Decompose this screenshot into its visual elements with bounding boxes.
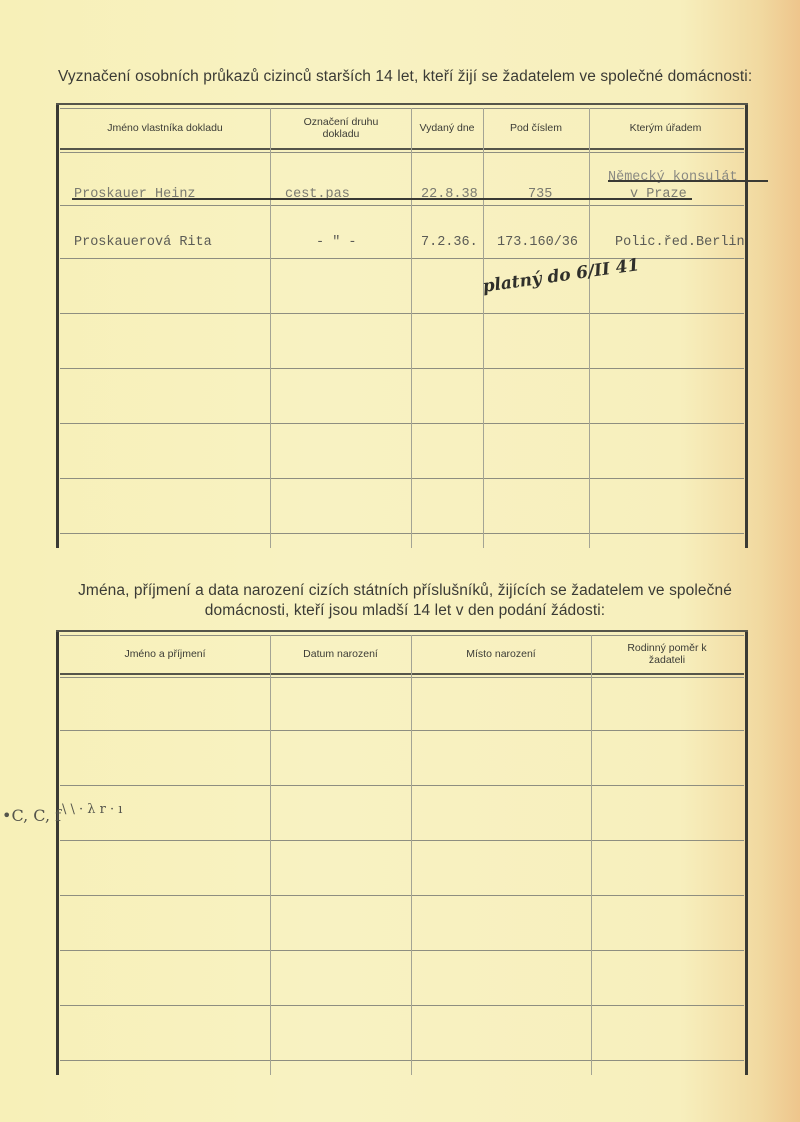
table1-col-divider (270, 108, 271, 548)
table1-col-divider (483, 108, 484, 548)
table1-row-line (60, 423, 744, 424)
table2-col-divider (270, 635, 271, 1075)
table2-top-border (56, 630, 748, 632)
section2-heading-line2: domácnosti, kteří jsou mladší 14 let v d… (50, 602, 760, 620)
table1-row-line (60, 533, 744, 534)
margin-marks: •C, C, f (2, 806, 61, 825)
section1-heading: Vyznačení osobních průkazů cizinců starš… (58, 68, 778, 86)
column-header-birth-place: Místo narození (411, 635, 591, 673)
row2-authority: Polic.řed.Berlin (615, 235, 745, 250)
table2-row-line (60, 1005, 744, 1006)
column-header-full-name: Jméno a příjmení (60, 635, 270, 673)
row1-authority-strike-line (608, 180, 768, 182)
table2-row-line (60, 1060, 744, 1061)
table1-col-divider (411, 108, 412, 548)
table1-row-line (60, 313, 744, 314)
column-header-issued-date: Vydaný dne (411, 108, 483, 148)
column-header-number: Pod číslem (483, 108, 589, 148)
table2-col-divider (411, 635, 412, 1075)
table1-col-divider (589, 108, 590, 548)
table2-row-line (60, 950, 744, 951)
table1-row-line (60, 205, 744, 206)
table2-frame (56, 630, 748, 1075)
table2-row-line (60, 785, 744, 786)
row2-issued-date: 7.2.36. (421, 235, 478, 250)
table1-header-divider (60, 148, 744, 150)
table2-header-divider (60, 673, 744, 675)
table2-col-divider (591, 635, 592, 1075)
table1-row-line (60, 258, 744, 259)
table2-header-divider-2 (60, 677, 744, 678)
row1-strike-line (72, 198, 692, 200)
column-header-document-type: Označení druhu dokladu (285, 108, 397, 148)
column-header-birth-date: Datum narození (270, 635, 411, 673)
row1-authority-line1: Německý konsulát (608, 170, 738, 185)
table1-top-border (56, 103, 748, 105)
row1-name: Proskauer Heinz (74, 187, 196, 202)
table2-row-line (60, 840, 744, 841)
row2-number: 173.160/36 (497, 235, 578, 250)
table2-row-line (60, 895, 744, 896)
stray-marks: \ \ · λ r · ı (62, 802, 122, 817)
row2-document-type: - " - (316, 235, 357, 250)
column-header-owner-name: Jméno vlastníka dokladu (60, 108, 270, 148)
table1-header-divider-2 (60, 152, 744, 153)
table2-row-line (60, 730, 744, 731)
row1-number: 735 (528, 187, 552, 202)
row1-authority-line2: v Praze (630, 187, 687, 202)
table1-row-line (60, 368, 744, 369)
section2-heading-line1: Jména, příjmení a data narození cizích s… (50, 582, 760, 600)
column-header-family-relation: Rodinný poměr k žadateli (612, 635, 722, 673)
column-header-authority: Kterým úřadem (589, 108, 742, 148)
row1-document-type: cest.pas (285, 187, 350, 202)
table1-row-line (60, 478, 744, 479)
row2-name: Proskauerová Rita (74, 235, 212, 250)
row1-issued-date: 22.8.38 (421, 187, 478, 202)
